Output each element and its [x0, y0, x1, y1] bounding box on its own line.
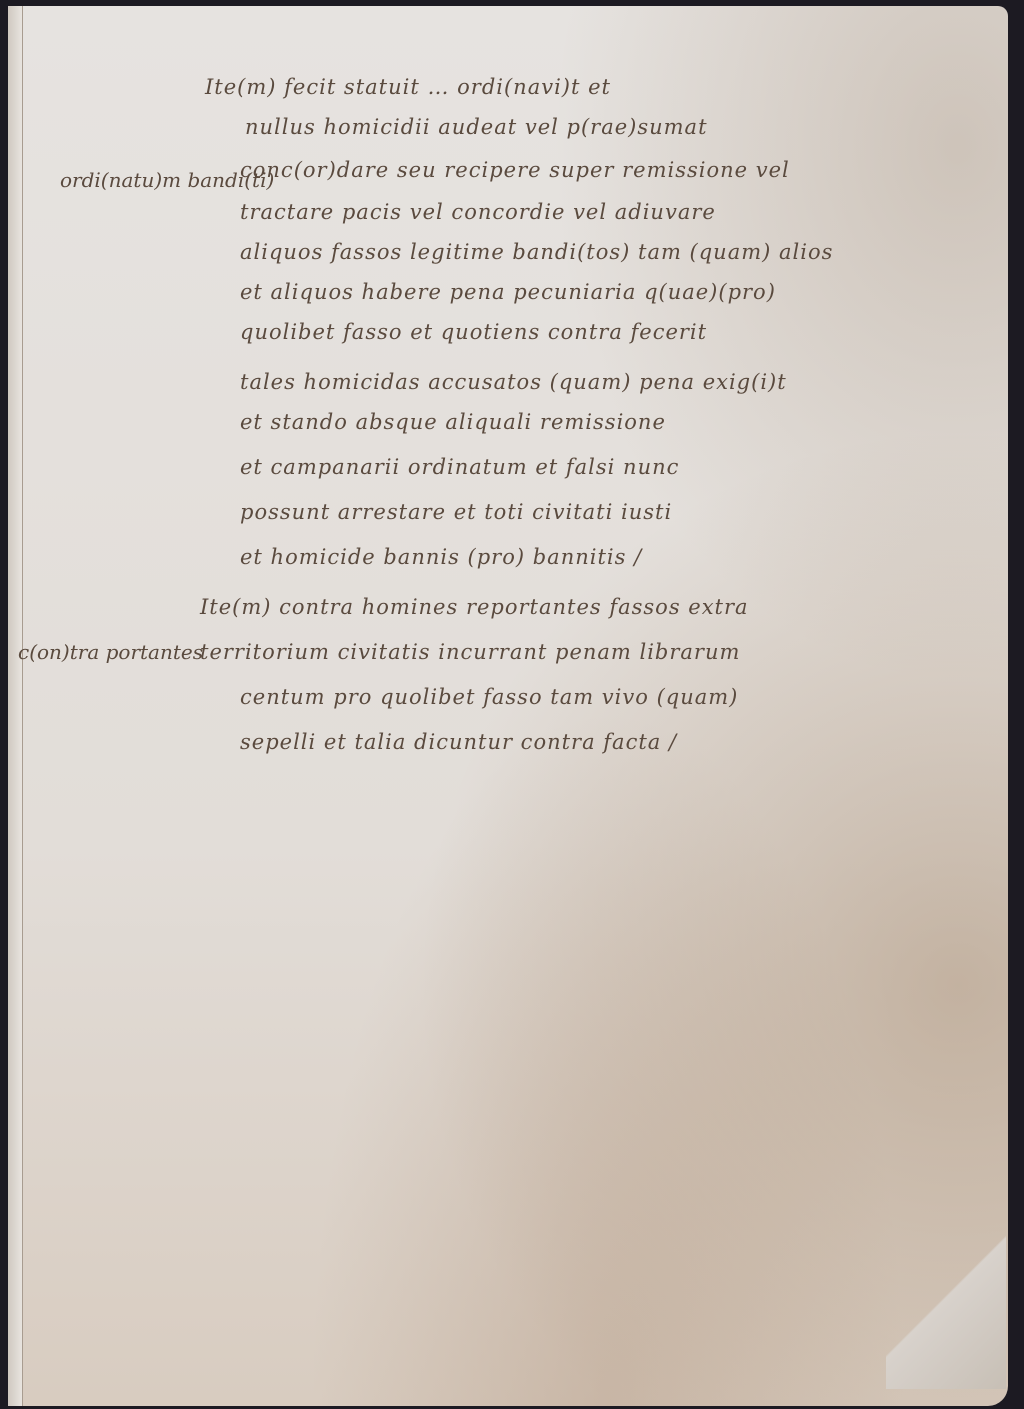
text-line: centum pro quolibet fasso tam vivo (quam…	[240, 685, 738, 709]
binding-gutter	[8, 6, 23, 1406]
text-line: territorium civitatis incurrant penam li…	[200, 640, 740, 664]
text-line: aliquos fassos legitime bandi(tos) tam (…	[240, 240, 833, 264]
text-line: et campanarii ordinatum et falsi nunc	[240, 455, 679, 479]
text-line: sepelli et talia dicuntur contra facta /	[240, 730, 677, 754]
margin-note: c(on)tra portantes	[18, 640, 203, 664]
text-line: et stando absque aliquali remissione	[240, 410, 666, 434]
text-line: Ite(m) fecit statuit … ordi(navi)t et	[205, 75, 611, 99]
text-line: tractare pacis vel concordie vel adiuvar…	[240, 200, 716, 224]
text-line: tales homicidas accusatos (quam) pena ex…	[240, 370, 787, 394]
text-line: conc(or)dare seu recipere super remissio…	[240, 158, 790, 182]
text-line: et homicide bannis (pro) bannitis /	[240, 545, 642, 569]
text-line: et aliquos habere pena pecuniaria q(uae)…	[240, 280, 776, 304]
text-line: Ite(m) contra homines reportantes fassos…	[200, 595, 749, 619]
text-line: possunt arrestare et toti civitati iusti	[240, 500, 672, 524]
text-line: nullus homicidii audeat vel p(rae)sumat	[245, 115, 708, 139]
folded-corner	[886, 1229, 1006, 1389]
text-line: quolibet fasso et quotiens contra feceri…	[240, 320, 707, 344]
